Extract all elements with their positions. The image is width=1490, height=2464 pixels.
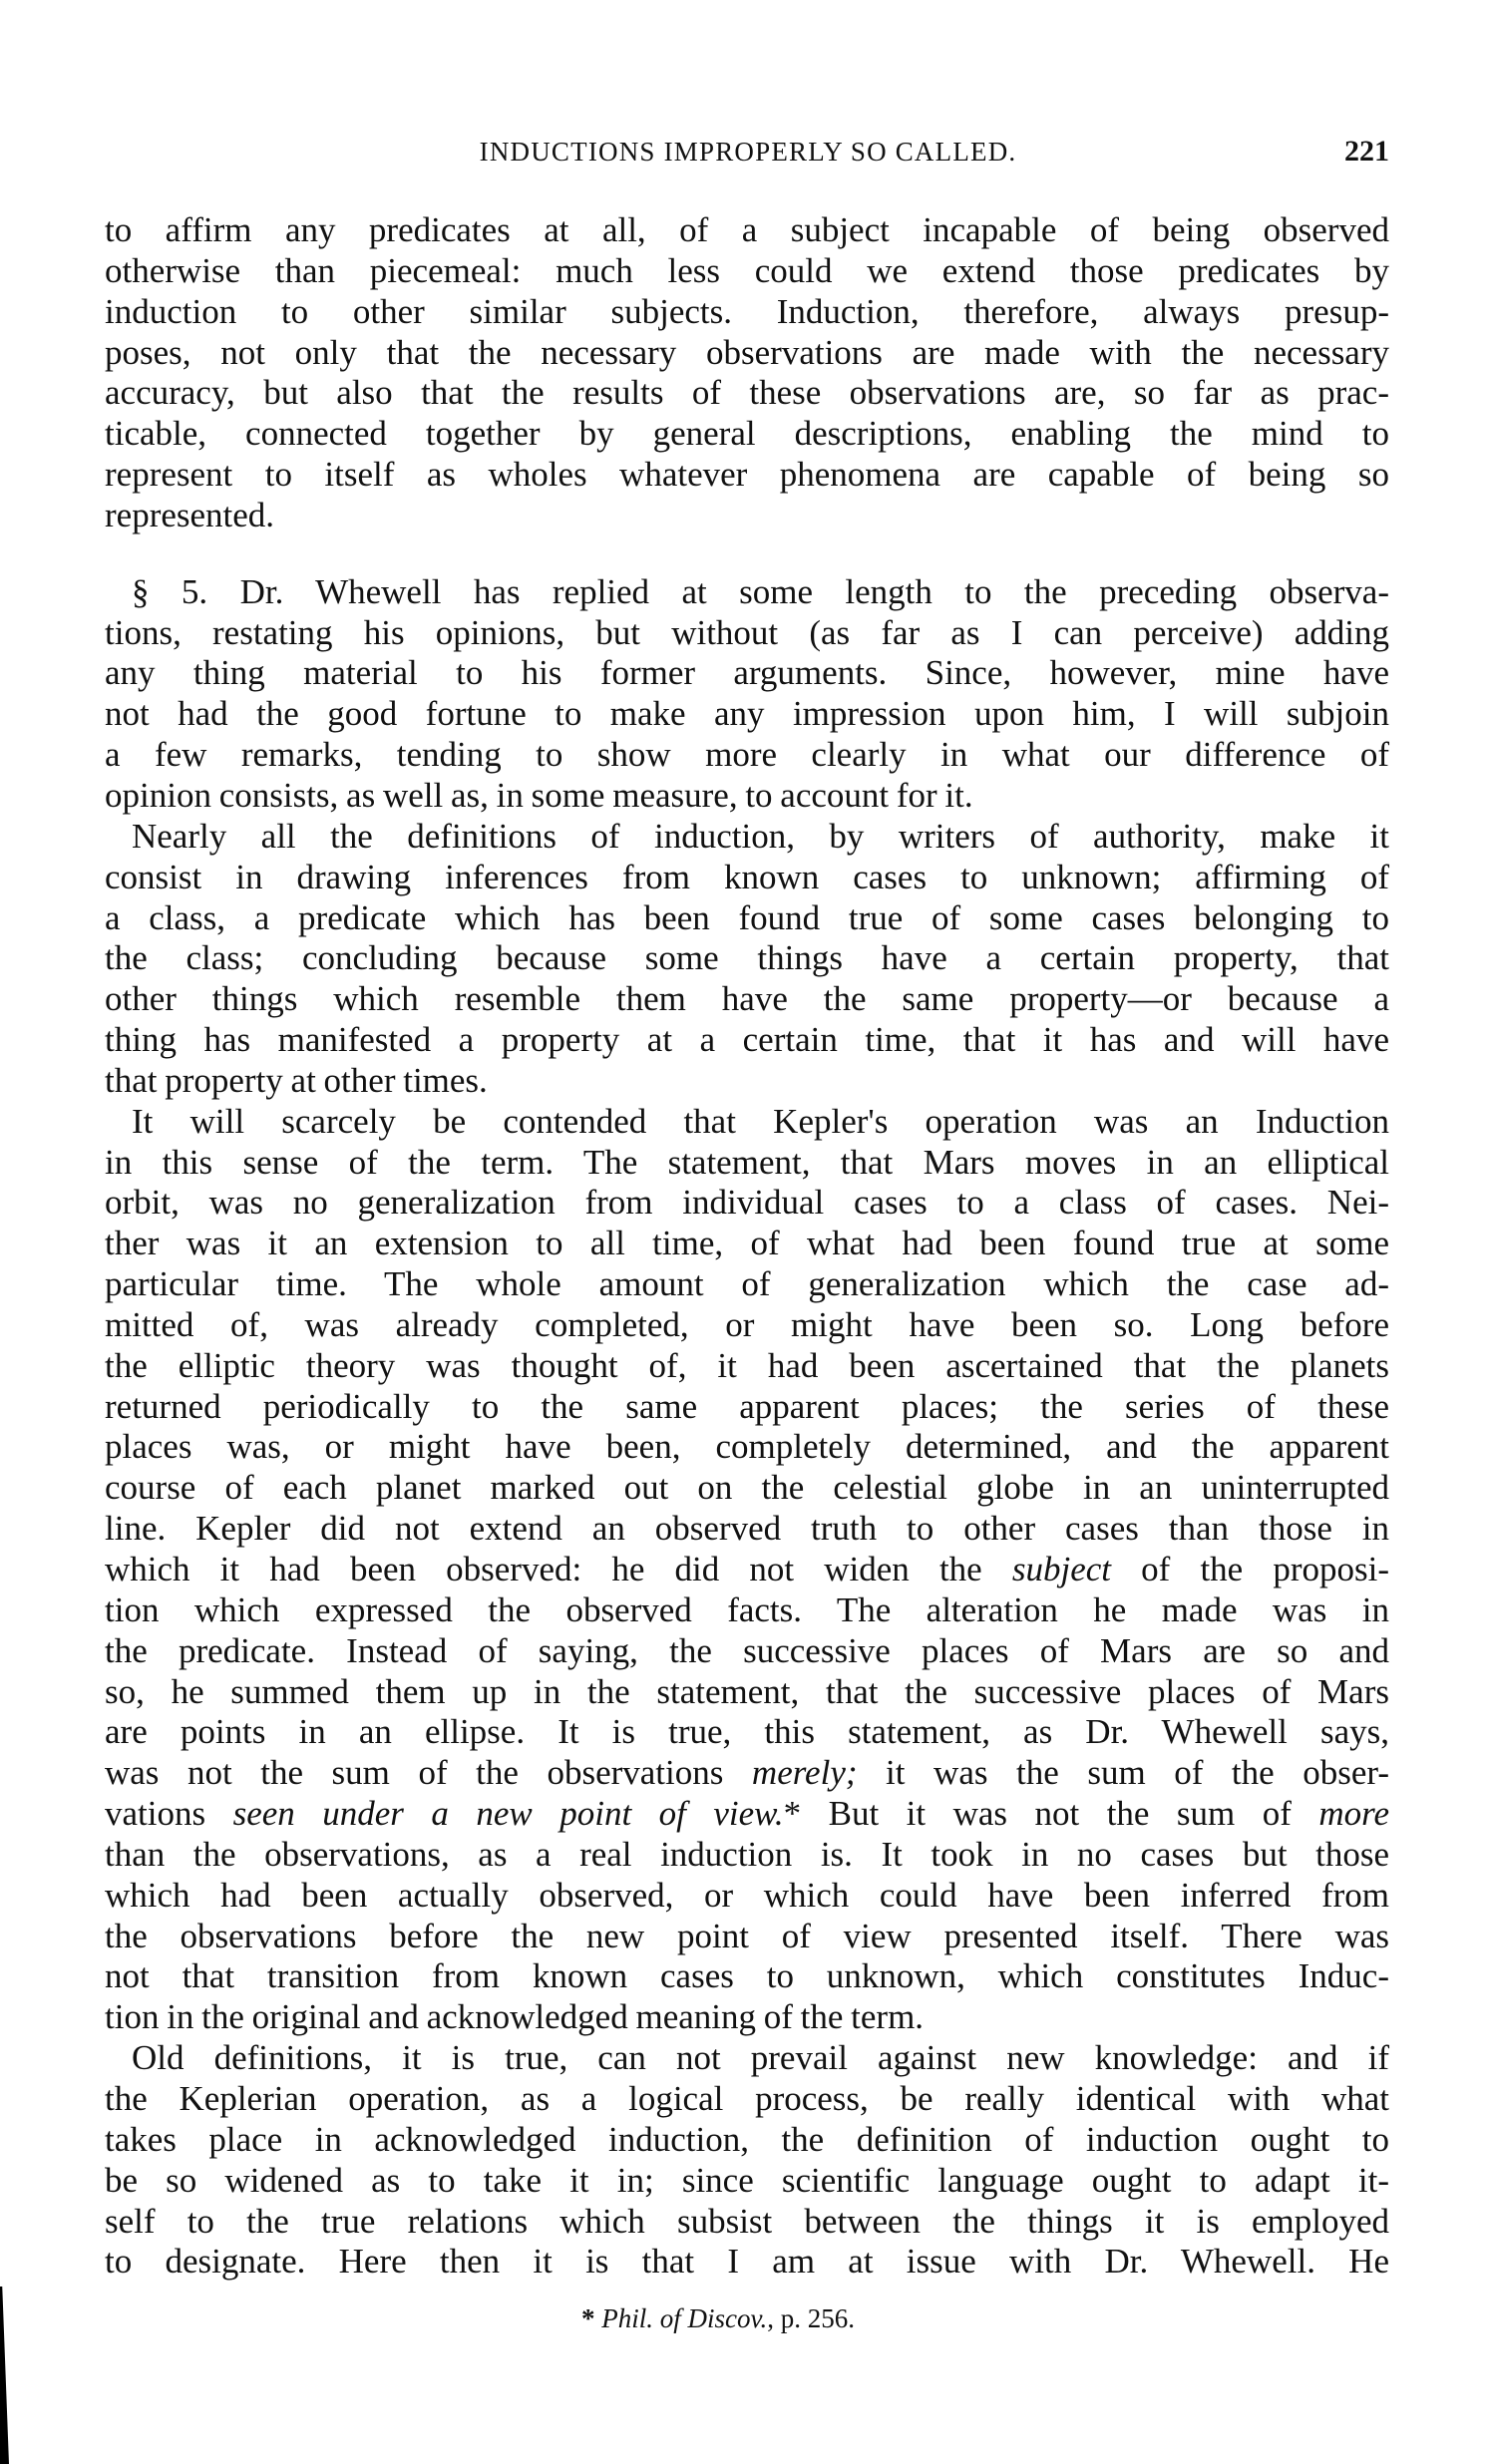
text-line: to affirm any predicates at all, of a su… [105, 210, 1389, 251]
text-line: not that transition from known cases to … [105, 1956, 1389, 1997]
italic-emphasis: subject [1012, 1550, 1111, 1588]
text-run: it was the sum of the obser- [858, 1753, 1389, 1792]
text-line: line. Kepler did not extend an observed … [105, 1509, 1389, 1550]
book-page: INDUCTIONS IMPROPERLY SO CALLED. 221 to … [0, 0, 1490, 2464]
text-line: particular time. The whole amount of gen… [105, 1264, 1389, 1305]
text-run: which it had been observed: he did not w… [105, 1550, 1012, 1588]
text-line: the predicate. Instead of saying, the su… [105, 1631, 1389, 1672]
text-line: that property at other times. [105, 1061, 1389, 1102]
text-line: tion which expressed the observed facts.… [105, 1590, 1389, 1631]
scan-edge-shadow [0, 2287, 9, 2464]
text-line: Old definitions, it is true, can not pre… [105, 2038, 1389, 2079]
text-line: mitted of, was already completed, or mig… [105, 1305, 1389, 1346]
text-line: than the observations, as a real inducti… [105, 1835, 1389, 1876]
text-line: poses, not only that the necessary obser… [105, 333, 1389, 374]
text-line-with-italic: which it had been observed: he did not w… [105, 1550, 1389, 1590]
footnote-reference: * But it was not the sum of [784, 1794, 1319, 1833]
text-line: opinion consists, as well as, in some me… [105, 776, 1389, 817]
text-line: tion in the original and acknowledged me… [105, 1997, 1389, 2038]
text-line: accuracy, but also that the results of t… [105, 373, 1389, 414]
text-line: Nearly all the definitions of induction,… [105, 817, 1389, 858]
text-line: induction to other similar subjects. Ind… [105, 292, 1389, 333]
paragraph-definitions: Nearly all the definitions of induction,… [105, 817, 1389, 1102]
text-line: course of each planet marked out on the … [105, 1468, 1389, 1509]
text-line: which had been actually observed, or whi… [105, 1876, 1389, 1917]
text-line: otherwise than piecemeal: much less coul… [105, 251, 1389, 292]
paragraph-continuation: to affirm any predicates at all, of a su… [105, 210, 1389, 536]
paragraph-section-5: § 5. Dr. Whewell has replied at some len… [105, 572, 1389, 817]
text-line: be so widened as to take it in; since sc… [105, 2161, 1389, 2202]
text-line: any thing material to his former argumen… [105, 653, 1389, 694]
text-line: § 5. Dr. Whewell has replied at some len… [105, 572, 1389, 613]
text-line-with-italic: was not the sum of the observations mere… [105, 1753, 1389, 1794]
text-line: It will scarcely be contended that Keple… [105, 1102, 1389, 1143]
italic-emphasis: seen under a new point of view. [233, 1794, 784, 1833]
footnote-source-title: Phil. of Discov. [601, 2303, 767, 2333]
text-line: the class; concluding because some thing… [105, 938, 1389, 979]
text-line: returned periodically to the same appare… [105, 1387, 1389, 1428]
text-run: of the proposi- [1111, 1550, 1389, 1588]
text-line: are points in an ellipse. It is true, th… [105, 1712, 1389, 1753]
text-line: represent to itself as wholes whatever p… [105, 455, 1389, 496]
text-line: takes place in acknowledged induction, t… [105, 2120, 1389, 2161]
text-line: self to the true relations which subsist… [105, 2202, 1389, 2243]
text-line: to designate. Here then it is that I am … [105, 2242, 1389, 2283]
text-line: not had the good fortune to make any imp… [105, 694, 1389, 735]
footnote: * Phil. of Discov., p. 256. [581, 2299, 940, 2337]
text-line: a class, a predicate which has been foun… [105, 898, 1389, 939]
running-title: INDUCTIONS IMPROPERLY SO CALLED. [404, 134, 1092, 170]
footnote-page-ref: , p. 256. [767, 2303, 855, 2333]
text-line: so, he summed them up in the statement, … [105, 1672, 1389, 1713]
text-line: ticable, connected together by general d… [105, 414, 1389, 455]
text-line: the elliptic theory was thought of, it h… [105, 1346, 1389, 1387]
text-line: represented. [105, 496, 1389, 536]
text-line-with-italic: vations seen under a new point of view.*… [105, 1794, 1389, 1835]
text-run: vations [105, 1794, 233, 1833]
text-line: in this sense of the term. The statement… [105, 1143, 1389, 1184]
text-line: tions, restating his opinions, but witho… [105, 613, 1389, 654]
text-line: other things which resemble them have th… [105, 979, 1389, 1020]
text-line: a few remarks, tending to show more clea… [105, 735, 1389, 776]
text-line: orbit, was no generalization from indivi… [105, 1183, 1389, 1224]
text-line: ther was it an extension to all time, of… [105, 1224, 1389, 1264]
text-line: thing has manifested a property at a cer… [105, 1020, 1389, 1061]
text-line: consist in drawing inferences from known… [105, 858, 1389, 898]
body-text: to affirm any predicates at all, of a su… [105, 210, 1389, 2283]
footnote-marker: * [581, 2303, 595, 2333]
text-run: was not the sum of the observations [105, 1753, 752, 1792]
paragraph-kepler: It will scarcely be contended that Keple… [105, 1102, 1389, 2038]
paragraph-old-definitions: Old definitions, it is true, can not pre… [105, 2038, 1389, 2283]
text-line: places was, or might have been, complete… [105, 1427, 1389, 1468]
page-number: 221 [1344, 134, 1389, 170]
italic-emphasis: more [1318, 1794, 1389, 1833]
text-line: the Keplerian operation, as a logical pr… [105, 2079, 1389, 2120]
running-head: INDUCTIONS IMPROPERLY SO CALLED. 221 [105, 134, 1389, 170]
italic-emphasis: merely; [752, 1753, 858, 1792]
section-gap [105, 536, 1389, 572]
text-line: the observations before the new point of… [105, 1917, 1389, 1957]
